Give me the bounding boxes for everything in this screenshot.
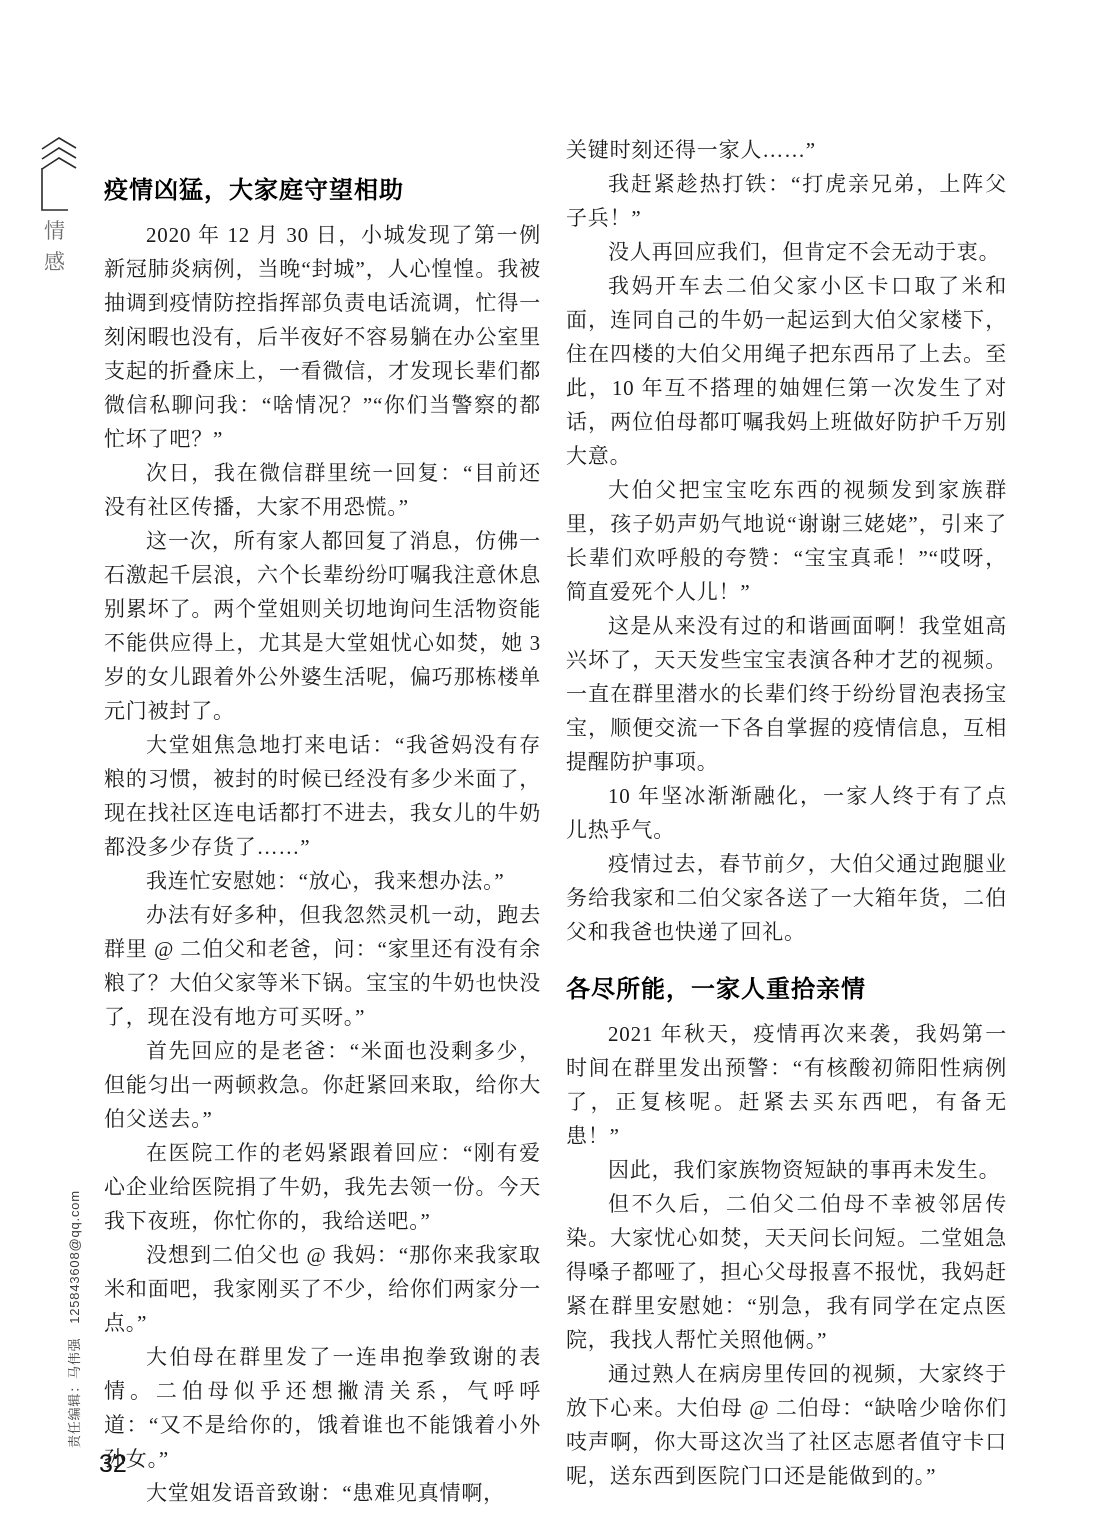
paragraph: 次日，我在微信群里统一回复：“目前还没有社区传播，大家不用恐慌。” — [104, 456, 541, 524]
editor-credit: 责任编辑：马伟强 125843608@qq.com — [64, 1134, 90, 1448]
paragraph: 我赶紧趁热打铁：“打虎亲兄弟，上阵父子兵！” — [566, 167, 1007, 235]
paragraph: 但不久后，二伯父二伯母不幸被邻居传染。大家忧心如焚，天天问长问短。二堂姐急得嗓子… — [566, 1187, 1007, 1357]
paragraph: 没人再回应我们，但肯定不会无动于衷。 — [566, 235, 1007, 269]
section-heading-2: 各尽所能，一家人重拾亲情 — [566, 975, 1007, 1005]
section-label: 情感 — [44, 216, 68, 278]
paragraph: 这是从来没有过的和谐画面啊！我堂姐高兴坏了，天天发些宝宝表演各种才艺的视频。一直… — [566, 609, 1007, 779]
paragraph: 办法有好多种，但我忽然灵机一动，跑去群里 @ 二伯父和老爸，问：“家里还有没有余… — [104, 898, 541, 1034]
paragraph: 疫情过去，春节前夕，大伯父通过跑腿业务给我家和二伯父家各送了一大箱年货，二伯父和… — [566, 847, 1007, 949]
article-column-right: 关键时刻还得一家人……” 我赶紧趁热打铁：“打虎亲兄弟，上阵父子兵！” 没人再回… — [566, 133, 1007, 1493]
paragraph: 2020 年 12 月 30 日，小城发现了第一例新冠肺炎病例，当晚“封城”，人… — [104, 218, 541, 456]
paragraph: 大伯母在群里发了一连串抱拳致谢的表情。二伯母似乎还想撇清关系，气呼呼道：“又不是… — [104, 1340, 541, 1476]
paragraph: 10 年坚冰渐渐融化，一家人终于有了点儿热乎气。 — [566, 779, 1007, 847]
paragraph: 在医院工作的老妈紧跟着回应：“刚有爱心企业给医院捐了牛奶，我先去领一份。今天我下… — [104, 1136, 541, 1238]
paragraph: 大堂姐焦急地打来电话：“我爸妈没有存粮的习惯，被封的时候已经没有多少米面了，现在… — [104, 728, 541, 864]
section-heading-1: 疫情凶猛，大家庭守望相助 — [104, 176, 541, 206]
paragraph: 2021 年秋天，疫情再次来袭，我妈第一时间在群里发出预警：“有核酸初筛阳性病例… — [566, 1017, 1007, 1153]
paragraph: 通过熟人在病房里传回的视频，大家终于放下心来。大伯母 @ 二伯母：“缺啥少啥你们… — [566, 1357, 1007, 1493]
paragraph: 我连忙安慰她：“放心，我来想办法。” — [104, 864, 541, 898]
paragraph: 首先回应的是老爸：“米面也没剩多少，但能匀出一两顿救急。你赶紧回来取，给你大伯父… — [104, 1034, 541, 1136]
paragraph: 大伯父把宝宝吃东西的视频发到家族群里，孩子奶声奶气地说“谢谢三姥姥”，引来了长辈… — [566, 473, 1007, 609]
paragraph: 因此，我们家族物资短缺的事再未发生。 — [566, 1153, 1007, 1187]
paragraph: 这一次，所有家人都回复了消息，仿佛一石激起千层浪，六个长辈纷纷叮嘱我注意休息别累… — [104, 524, 541, 728]
section-logo-icon — [38, 134, 78, 214]
magazine-page: 情感 责任编辑：马伟强 125843608@qq.com 32 疫情凶猛，大家庭… — [0, 0, 1093, 1535]
paragraph: 我妈开车去二伯父家小区卡口取了米和面，连同自己的牛奶一起运到大伯父家楼下，住在四… — [566, 269, 1007, 473]
paragraph-continuation: 关键时刻还得一家人……” — [566, 133, 1007, 167]
paragraph: 没想到二伯父也 @ 我妈：“那你来我家取米和面吧，我家刚买了不少，给你们两家分一… — [104, 1238, 541, 1340]
paragraph: 大堂姐发语音致谢：“患难见真情啊， — [104, 1476, 541, 1510]
article-column-left: 疫情凶猛，大家庭守望相助 2020 年 12 月 30 日，小城发现了第一例新冠… — [104, 176, 541, 1510]
